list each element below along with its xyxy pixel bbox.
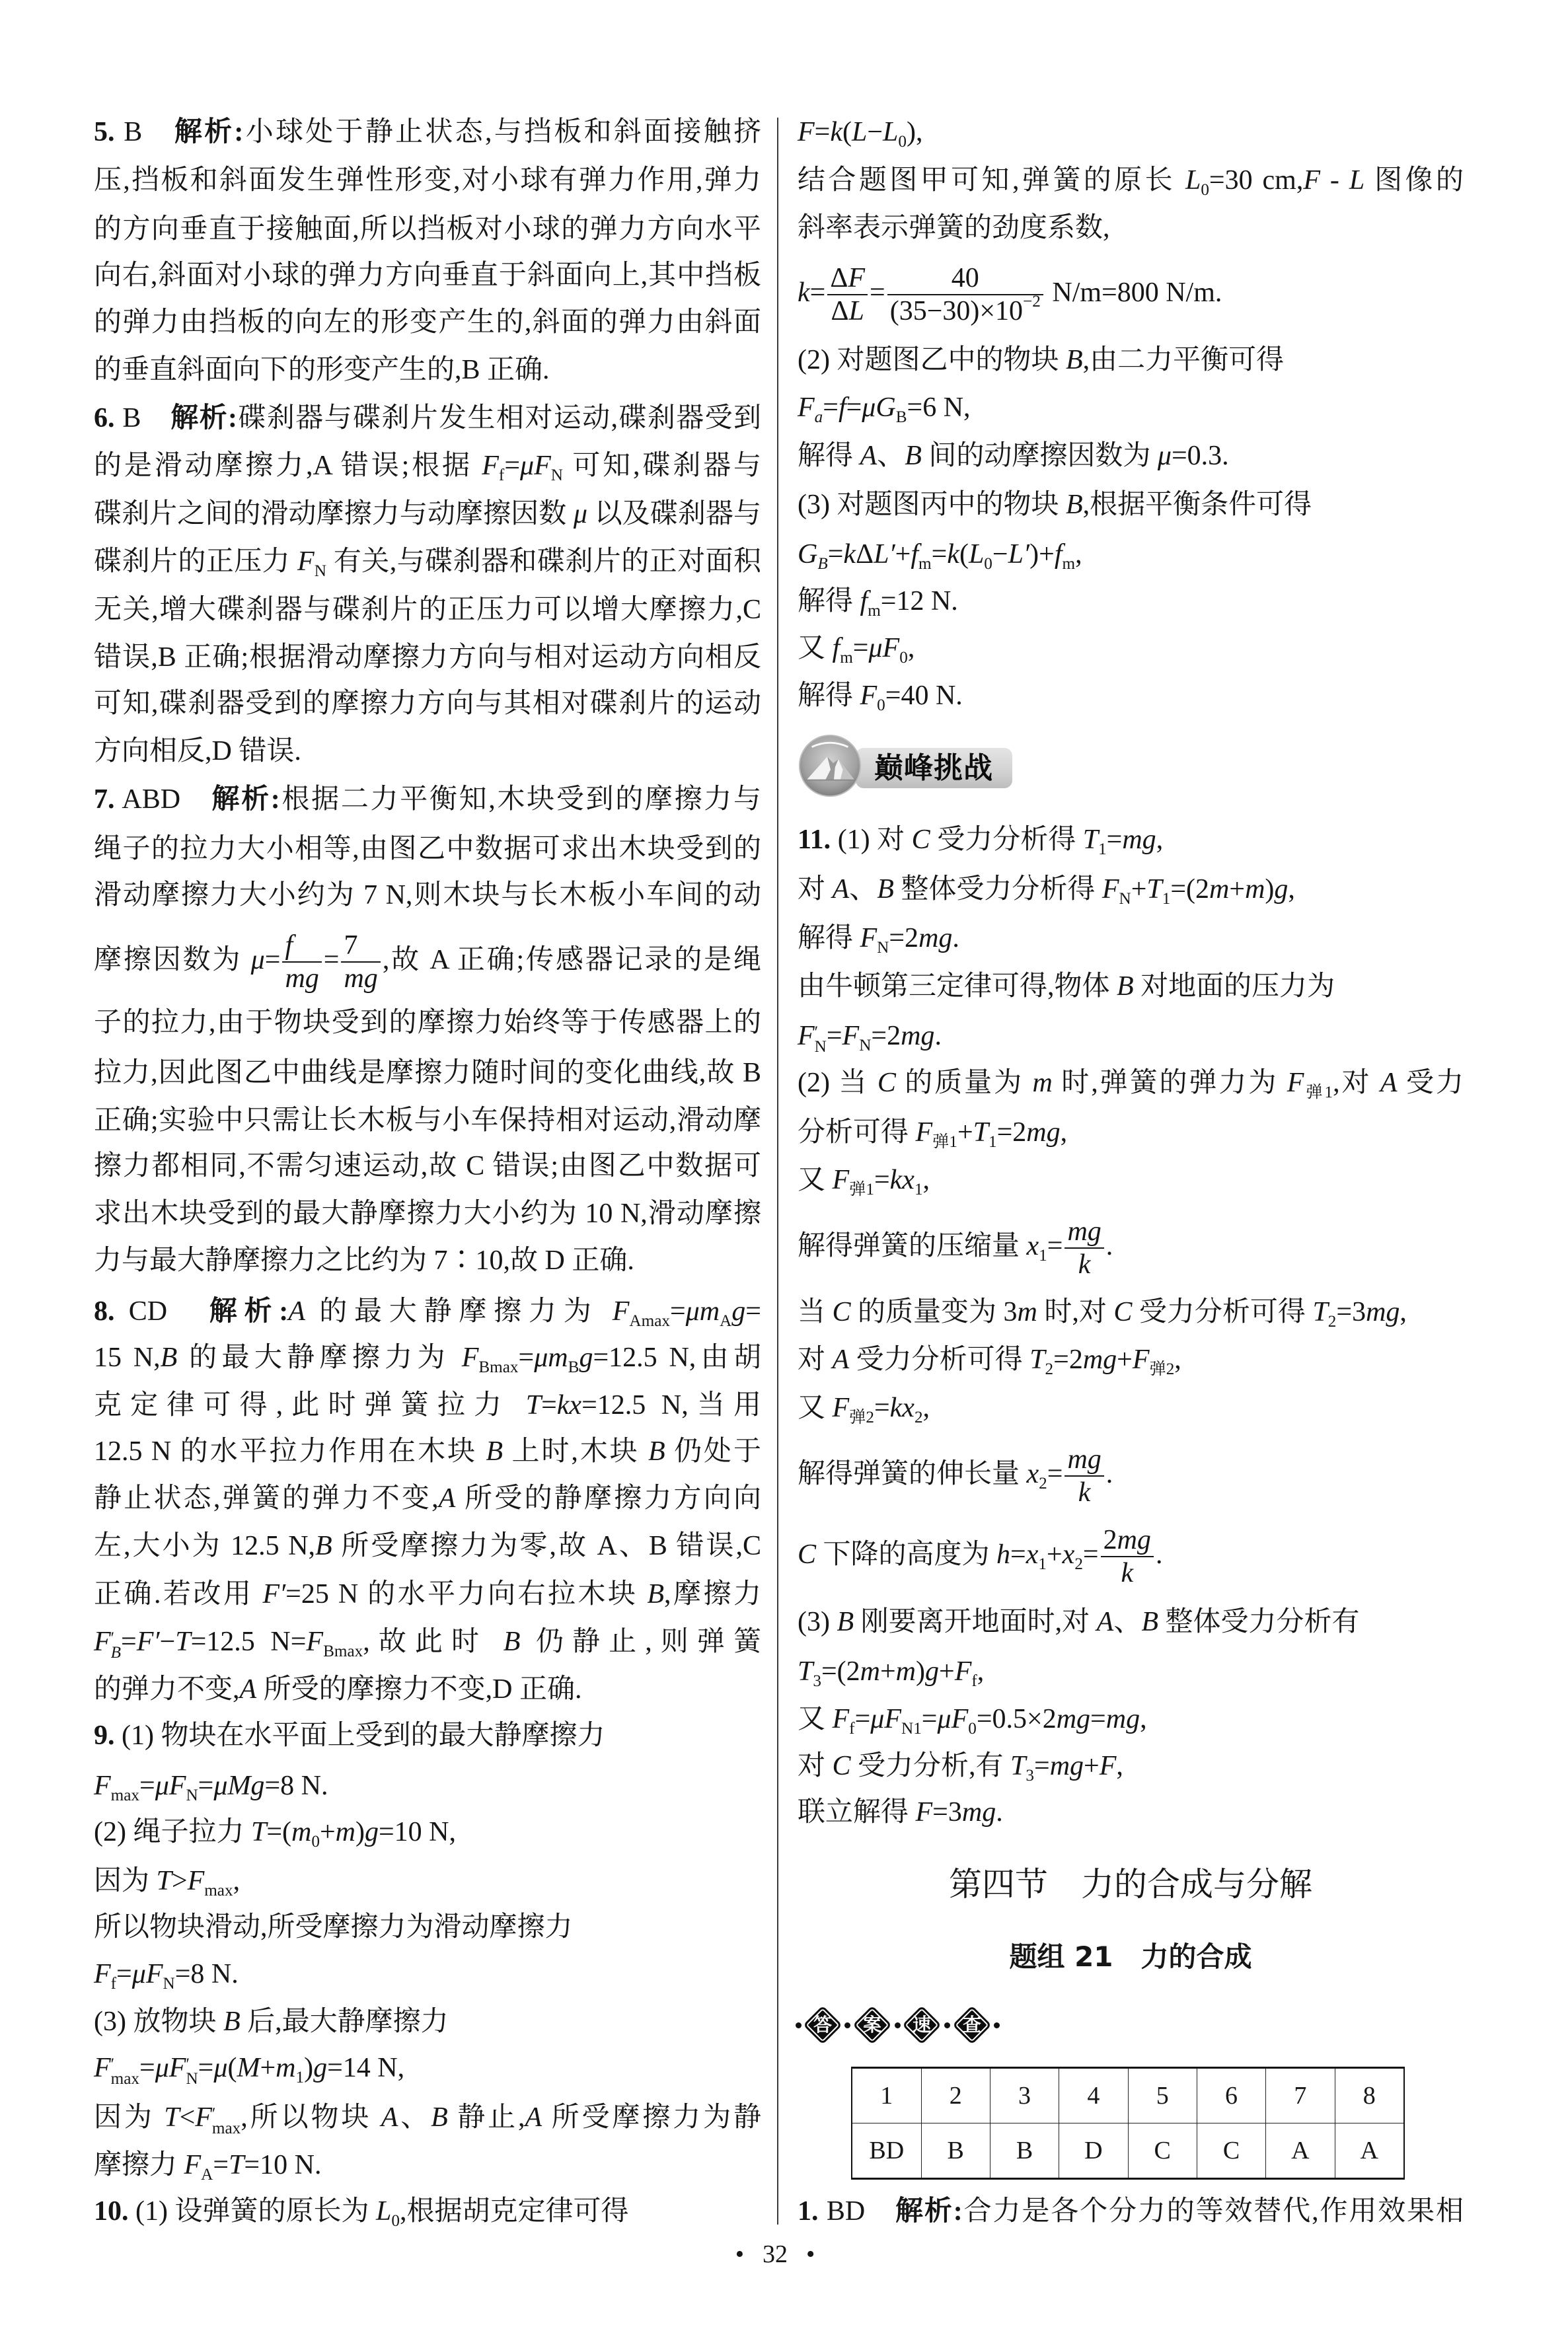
math-symbol: T [1029,1345,1045,1375]
solution-line: C 下降的高度为 h=x1+x2=2mgk. [798,1535,1464,1574]
text-run: 无关,增大碟刹器与碟刹片的正压力可以增大摩擦力,C [94,595,761,625]
solution-line: 左,大小为 12.5 N,B 所受摩擦力为零,故 A、B 错误,C [94,1526,761,1566]
text-run: 当 [798,1297,833,1327]
math-symbol: μF [870,1704,901,1734]
math-symbol: T [1146,874,1162,904]
dot-icon [994,2022,1000,2028]
fraction-numerator: 7 [341,930,380,963]
text-run: 子的拉力,由于物块受到的摩擦力始终等于传感器上的 [94,1008,761,1038]
subscript: 0 [391,2212,400,2230]
math-symbol: T [1010,1751,1026,1781]
solution-line: 碟刹片的正压力 FN 有关,与碟刹器和碟刹片的正对面积 [94,542,761,581]
math-symbol: F [94,1959,111,1989]
text-run: (1) 对 [831,825,911,855]
math-symbol: mg [1067,1444,1101,1475]
math-symbol: f [860,586,868,616]
solution-line: 对 A 受力分析可得 T2=2mg+F弹2, [798,1340,1464,1380]
math-symbol: F [916,1117,933,1148]
text-run: 碟刹器与碟刹片发生相对运动,碟刹器受到 [237,403,761,433]
math-symbol: f [911,539,918,570]
text-run: =12.5 N,当用 [581,1390,761,1421]
solution-line: 的弹力不变,A 所受的摩擦力不变,D 正确. [94,1670,761,1709]
text-run: 小球处于静止状态,与挡板和斜面接触挤 [243,117,761,147]
fraction-denominator: k [1064,1477,1103,1508]
badge-char: 答 [802,2004,844,2046]
math-symbol: F [306,1627,323,1657]
fraction-denominator: ΔL [827,295,868,327]
subscript: N [163,1975,174,1993]
math-symbol: L [883,117,898,147]
fraction-denominator: k [1101,1557,1154,1589]
math-symbol: C [877,1068,896,1098]
text-run: ,摩擦力 [664,1579,761,1609]
text-run: 联立解得 [798,1797,916,1827]
text-run: = [121,1627,137,1657]
math-symbol: B [486,1436,503,1467]
section-heading: 第四节 力的合成与分解 [798,1861,1464,1907]
text-run: 受力分析可得 [849,1345,1029,1375]
subscript: max [111,1787,139,1804]
text-run: CD [115,1296,209,1327]
math-symbol: m [1209,874,1229,904]
math-symbol: mg [1057,1704,1090,1734]
subscript: 1 [915,1181,923,1199]
text-run: ( [227,2053,237,2083]
math-symbol: m [1018,1297,1037,1327]
text-run: = [116,1959,132,1989]
math-symbol: B [1117,971,1134,1002]
solution-line: 斜率表示弹簧的劲度系数, [798,208,1464,248]
solution-line: 子的拉力,由于物块受到的摩擦力始终等于传感器上的 [94,1003,761,1043]
subscript: 2 [1045,1360,1054,1378]
text-run: . [1156,1539,1163,1570]
text-run: 又 [798,1704,833,1734]
text-run: + [895,539,911,570]
text-run: , [1075,539,1082,570]
subscript: N [877,939,889,957]
math-symbol: mg [1083,1345,1117,1375]
math-symbol: T [798,1656,813,1687]
math-symbol: F [833,1704,850,1734]
math-symbol: g [925,1656,939,1687]
math-symbol: F [1133,1345,1150,1375]
math-symbol: B [905,441,922,471]
text-run: ) [304,2053,313,2083]
text-run: 仍静止,则弹簧 [520,1627,761,1657]
text-run: = [932,539,948,570]
text-run: =8 N. [264,1771,328,1801]
math-symbol: F [798,117,815,147]
math-symbol: F [613,1296,630,1327]
subscript: A [201,2166,213,2184]
sub-superscript: ′max [111,2057,139,2087]
math-symbol: F [955,1656,972,1687]
text-run: 静止状态,弹簧的弹力不变, [94,1483,439,1514]
subscript: 弹1 [849,1181,874,1199]
solution-line: 1. BD 解析:合力是各个分力的等效替代,作用效果相 [798,2192,1464,2231]
text-run: (2) 当 [798,1068,877,1098]
math-symbol: F [798,392,815,423]
text-run: 解得弹簧的伸长量 [798,1459,1027,1489]
subscript: 0 [877,696,885,714]
text-run: 错误,B 正确;根据滑动摩擦力方向与相对运动方向相反 [94,642,761,673]
math-symbol: C [833,1751,851,1781]
text-run: 2 [1103,1525,1117,1555]
text-run: - [1320,165,1349,196]
text-run: 所受摩擦力为零,故 A、B 错误,C [332,1531,761,1561]
math-symbol: F [1102,874,1119,904]
text-run: = [519,1343,535,1373]
fraction: 2mgk [1101,1524,1154,1589]
solution-line: (2) 对题图乙中的物块 B,由二力平衡可得 [798,340,1464,380]
math-symbol: k [1078,1477,1091,1508]
text-run: , [1061,1117,1068,1148]
text-run: 的质量变为 3 [851,1297,1018,1327]
answer-quick-check-badge: 答 案 速 查 [793,2004,1004,2046]
solution-line: 联立解得 F=3mg. [798,1792,1464,1832]
text-run: (2) 绳子拉力 [94,1817,251,1847]
text-run: < [180,2102,196,2133]
text-run: 结合题图甲可知,弹簧的原长 [798,165,1185,196]
question-number: 6 [1197,2068,1265,2123]
math-symbol: x [1027,1231,1039,1261]
subscript: max [111,2072,139,2087]
text-run: + [957,1117,973,1148]
text-run: 力与最大静摩擦力之比约为 7∶10,故 D 正确. [94,1245,634,1276]
math-symbol: k [1078,1249,1091,1280]
solution-line: (2) 绳子拉力 T=(m0+m)g=10 N, [94,1812,761,1852]
math-symbol: μm [686,1296,720,1327]
text-run: 解得 [798,586,860,616]
math-symbol: L [1185,165,1201,196]
subscript: f [971,1672,977,1690]
subscript: 0 [968,1720,977,1738]
text-run: ABD [115,784,212,815]
sub-superscript: ′max [212,2107,241,2137]
text-run: = [810,277,826,308]
text-run: (1) 物块在水平面上受到的最大静摩擦力 [115,1720,605,1751]
solution-line: 因为 T>Fmax, [94,1861,761,1901]
subscript: Bmax [478,1358,518,1376]
bold-label: 解析: [211,784,280,815]
text-run: , [1174,1345,1181,1375]
math-symbol: F [297,546,315,577]
text-run: = [922,1704,938,1734]
text-run: =0.5×2 [977,1704,1057,1734]
solution-line: 无关,增大碟刹器与碟刹片的正压力可以增大摩擦力,C [94,590,761,630]
bold-label: 10. [94,2196,129,2227]
text-run: 7 [344,930,357,961]
math-symbol: T [1083,825,1098,855]
text-run: , [923,1393,930,1423]
subscript: N [186,1787,198,1804]
math-symbol: B [837,1607,854,1637]
solution-line: 的方向垂直于接触面,所以挡板对小球的弹力方向水平 [94,209,761,249]
math-symbol: F [188,1866,205,1896]
text-run: Δ [856,539,874,570]
text-run: 所受的静摩擦力方向向 [455,1483,761,1514]
text-run: 、 [398,2102,431,2133]
badge-char: 案 [851,2004,893,2046]
math-symbol: kx [890,1393,915,1423]
solution-line: k=ΔFΔL=40(35−30)×10−2 N/m=800 N/m. [798,273,1464,313]
math-symbol: g [1274,874,1288,904]
math-symbol: kx [557,1390,581,1421]
text-run: 拉力,因此图乙中曲线是摩擦力随时间的变化曲线,故 B [94,1058,761,1088]
text-run: (3) 放物块 [94,2007,223,2037]
math-symbol: mg [1122,825,1156,855]
text-run: , [908,633,915,663]
fraction-denominator: mg [341,963,380,994]
math-symbol: mg [1117,1525,1151,1555]
text-run: =12.5 N= [191,1627,307,1657]
subscript: N [815,1040,827,1055]
answer-cell: B [921,2123,990,2179]
math-symbol: B [1066,345,1083,375]
solution-line: 解得弹簧的伸长量 x2=mgk. [798,1454,1464,1494]
solution-line: 10. (1) 设弹簧的原长为 L0,根据胡克定律可得 [94,2192,761,2231]
text-run: 的质量为 [896,1068,1033,1098]
text-run: =( [266,1817,291,1847]
math-symbol: B [431,2102,448,2133]
subscript: 0 [1201,181,1209,199]
math-symbol: F [842,1021,860,1051]
math-symbol: k [843,539,856,570]
peak-challenge-label: 巅峰挑战 [874,748,993,788]
text-run: 的弹力由挡板的向左的形变产生的,斜面的弹力由斜面 [94,307,761,338]
text-run: 合力是各个分力的等效替代,作用效果相 [963,2196,1464,2227]
math-symbol: μMg [213,1771,264,1801]
math-symbol: mg [1026,1117,1060,1148]
text-run: 的最大静摩擦力为 [305,1296,613,1327]
subscript: m [1062,555,1075,573]
text-run: = [1090,1704,1106,1734]
text-run: = [846,392,862,423]
badge-char: 查 [951,2004,993,2046]
text-run: = [815,117,831,147]
text-run: 摩擦力 [94,2150,184,2180]
math-symbol: F [916,1797,933,1827]
math-symbol: C [798,1539,816,1570]
solution-line: (3) B 刚要离开地面时,对 A、B 整体受力分析有 [798,1602,1464,1642]
fraction-numerator: ΔF [827,262,868,295]
sub-superscript: ′B [111,1631,121,1661]
text-run: 受力 [1398,1068,1464,1098]
subscript: f [849,1720,854,1738]
text-run: 解得 [798,681,860,711]
text-run: N/m=800 N/m. [1045,277,1222,308]
text-run: 解得 [798,441,860,471]
math-symbol: A [1097,1607,1114,1637]
text-run: − [992,539,1008,570]
solution-line: T3=(2m+m)g+Ff, [798,1652,1464,1691]
text-run: = [827,1021,842,1051]
solution-line: 15 N,B 的最大静摩擦力为 FBmax=μmBg=12.5 N,由胡 [94,1338,761,1378]
text-run: 根据二力平衡知,木块受到的摩擦力与 [280,784,761,815]
subscript: B [817,555,827,573]
text-run: =25 N 的水平力向右拉木块 [285,1579,647,1609]
subscript: 0 [899,649,908,667]
subscript: 0 [984,555,992,573]
text-run: = [1034,1751,1050,1781]
text-run: 克定律可得,此时弹簧拉力 [94,1390,526,1421]
text-run: B [115,403,171,433]
text-run: + [320,1817,336,1847]
subscript: N [315,562,326,580]
text-run: , [1116,1751,1123,1781]
solution-line: 11. (1) 对 C 受力分析得 T1=mg, [798,820,1464,860]
math-symbol: B [647,1579,664,1609]
answer-cell: B [990,2123,1059,2179]
math-symbol: T [973,1117,989,1148]
text-run: = [265,945,281,975]
text-run: 解得 [798,923,860,953]
math-symbol: m [1245,874,1265,904]
math-symbol: mg [285,963,318,994]
column-divider [777,118,778,2225]
text-run: = [504,451,520,481]
subscript: 2 [1074,1555,1083,1573]
math-symbol: mg [1050,1751,1084,1781]
math-symbol: T [251,1817,266,1847]
text-run: 向右,斜面对小球的弹力方向垂直于斜面向上,其中挡板 [94,260,761,291]
mountain-icon [798,733,862,798]
math-symbol: L [1349,165,1364,196]
math-symbol: B [223,2007,241,2037]
text-run: 方向相反,D 错误. [94,736,301,766]
math-symbol: f [1055,539,1063,570]
text-run: = [1047,1459,1063,1489]
bold-label: 8. [94,1296,115,1327]
solution-line: 解得 A、B 间的动摩擦因数为 μ=0.3. [798,436,1464,476]
math-symbol: A [439,1483,456,1514]
math-symbol: F [195,2102,212,2133]
math-symbol: T [1312,1297,1327,1327]
text-run: =(2 [1170,874,1209,904]
text-run: = [198,2053,214,2083]
math-symbol: F [482,451,499,481]
text-run: = [139,1771,155,1801]
text-run: =6 N, [907,392,971,423]
text-run: BD [819,2196,895,2227]
text-run: 可知,碟刹器与 [563,451,761,481]
solution-line: 静止状态,弹簧的弹力不变,A 所受的静摩擦力方向向 [94,1479,761,1518]
math-symbol: μ [1158,441,1172,471]
text-run: Δ [831,296,848,326]
answer-cell: C [1197,2123,1265,2179]
bold-label: 1. [798,2196,819,2227]
answer-cell: A [1266,2123,1335,2179]
text-run: = [541,1390,557,1421]
subscript: 弹1 [932,1133,957,1151]
math-symbol: F [94,2053,111,2083]
solution-line: Fa=f=μGB=6 N, [798,388,1464,427]
math-symbol: A [860,441,877,471]
text-run: > [172,1866,188,1896]
text-run: . [996,1797,1003,1827]
group-heading: 题组 21 力的合成 [798,1937,1464,1977]
text-run: 斜率表示弹簧的劲度系数, [798,213,1110,243]
subscript: Bmax [323,1642,363,1660]
solution-line: 6. B 解析:碟刹器与碟刹片发生相对运动,碟刹器受到 [94,398,761,438]
subscript: m [918,555,932,573]
math-symbol: F [860,681,877,711]
bullet-icon: • [806,2240,815,2268]
answer-cell: A [1335,2123,1404,2179]
text-run: 又 [798,1165,833,1195]
solution-line: 又 F弹2=kx2, [798,1388,1464,1428]
solution-line: (3) 放物块 B 后,最大静摩擦力 [94,2002,761,2042]
solution-line: 摩擦力 FA=T=10 N. [94,2145,761,2185]
text-run: 12.5 N 的水平拉力作用在木块 [94,1436,486,1467]
solution-line: 8. CD 解析:A 的最大静摩擦力为 FAmax=μmAg= [94,1292,761,1331]
math-symbol: M [237,2053,260,2083]
solution-line: (2) 当 C 的质量为 m 时,弹簧的弹力为 F弹1,对 A 受力 [798,1063,1464,1103]
text-run: 滑动摩擦力大小约为 7 N,则木块与长木板小车间的动 [94,880,761,910]
text-run: 后,最大静摩擦力 [241,2007,449,2037]
text-run: ,故 A 正确;传感器记录的是绳 [383,945,761,975]
subscript: 3 [813,1672,821,1690]
solution-line: 求出木块受到的最大静摩擦力大小约为 10 N,滑动摩擦 [94,1194,761,1234]
solution-line: 压,挡板和斜面发生弹性形变,对小球有弹力作用,弹力 [94,161,761,200]
text-run: ( [842,117,852,147]
math-symbol: L [852,117,867,147]
solution-line: 克定律可得,此时弹簧拉力 T=kx=12.5 N,当用 [94,1385,761,1425]
math-symbol: A [833,1345,850,1375]
text-run: , [923,1165,930,1195]
subscript: B [111,1646,121,1661]
text-run: 所受的摩擦力不变,D 正确. [256,1674,581,1705]
dot-icon [944,2022,950,2028]
solution-line: 又 Ff=μFN1=μF0=0.5×2mg=mg, [798,1699,1464,1739]
math-symbol: μF [868,633,899,663]
diamond-icon: 案 [851,2004,893,2046]
bullet-icon: • [735,2240,744,2268]
math-symbol: m [276,2053,295,2083]
text-run: + [1084,1751,1100,1781]
text-run: =10 N, [379,1817,456,1847]
solution-line: 可知,碟刹器受到的摩擦力方向与其相对碟刹片的运动 [94,684,761,723]
subscript: 1 [989,1133,997,1151]
text-run: 绳子的拉力大小相等,由图乙中数据可求出木块受到的 [94,834,761,864]
solution-line: 又 F弹1=kx1, [798,1160,1464,1200]
subscript: 3 [1026,1767,1034,1785]
math-symbol: f [285,930,293,961]
subscript: 1 [295,2069,304,2086]
text-run: (3) 对题图丙中的物块 [798,490,1066,520]
solution-line: 的弹力由挡板的向左的形变产生的,斜面的弹力由斜面 [94,303,761,342]
math-symbol: L [969,539,984,570]
text-run: 求出木块受到的最大静摩擦力大小约为 10 N,滑动摩擦 [94,1199,761,1229]
math-symbol: C [1113,1297,1132,1327]
math-symbol: μG [862,392,895,423]
math-symbol: mg [962,1797,996,1827]
text-run: 又 [798,633,833,663]
text-run: = [1107,825,1123,855]
text-run: )+ [1029,539,1055,570]
fraction: ΔFΔL [827,262,868,327]
math-symbol: B [504,1627,521,1657]
math-symbol: k [830,117,842,147]
superscript: −2 [1023,293,1041,311]
text-run: 受力分析可得 [1132,1297,1312,1327]
subscript: a [815,408,823,426]
text-run: , [1140,1704,1147,1734]
math-symbol: F [833,1165,850,1195]
text-run: =3 [932,1797,962,1827]
text-run: 正确;实验中只需让长木板与小车保持相对运动,滑动摩 [94,1105,761,1136]
solution-line: 解得 F0=40 N. [798,676,1464,716]
